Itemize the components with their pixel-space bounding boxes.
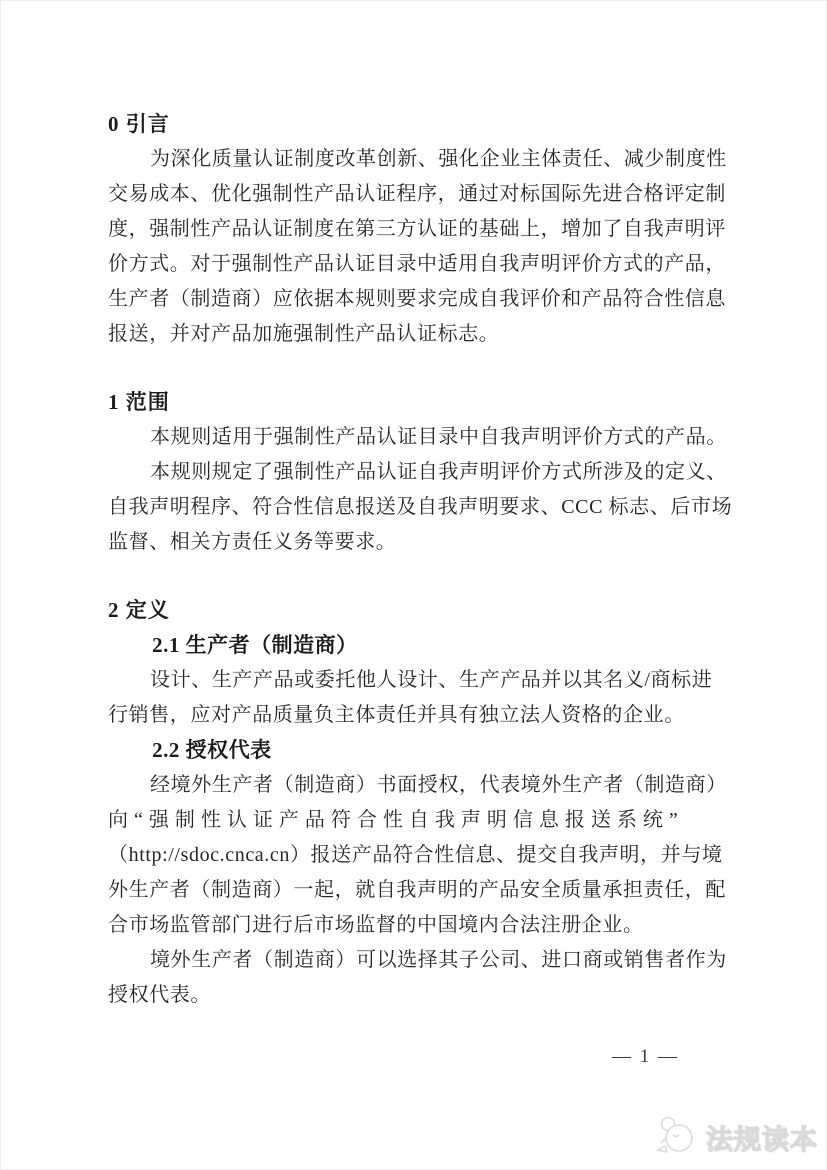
text-line: 授权代表。 [108,978,726,1013]
section-0-intro: 0 引言 为深化质量认证制度改革创新、强化企业主体责任、减少制度性 交易成本、优… [108,107,726,352]
text-line: 监督、相关方责任义务等要求。 [108,525,726,560]
page-number: — 1 — [612,1045,679,1069]
text-line: 生产者（制造商）应依据本规则要求完成自我评价和产品符合性信息 [108,282,726,317]
text-line: 本规则规定了强制性产品认证自我声明评价方式所涉及的定义、 [108,455,726,490]
section-heading: 2 定义 [108,593,726,628]
section-heading: 1 范围 [108,385,726,420]
section-heading: 0 引言 [108,107,726,142]
fagui-duben-logo-icon [655,1113,699,1161]
text-line: 自我声明程序、符合性信息报送及自我声明要求、CCC 标志、后市场 [108,490,726,525]
text-line: 设计、生产产品或委托他人设计、生产产品并以其名义/商标进 [108,663,726,698]
text-line: 境外生产者（制造商）可以选择其子公司、进口商或销售者作为 [108,943,726,978]
text-line: 报送，并对产品加施强制性产品认证标志。 [108,317,726,352]
text-line: 经境外生产者（制造商）书面授权，代表境外生产者（制造商） [108,768,726,803]
text-line: 价方式。对于强制性产品认证目录中适用自我声明评价方式的产品， [108,247,726,282]
watermark-label: 法规读本 [706,1118,818,1157]
subsection-heading: 2.2 授权代表 [108,733,726,768]
subsection-2-2-authorized-representative: 2.2 授权代表 经境外生产者（制造商）书面授权，代表境外生产者（制造商） 向“… [108,733,726,1013]
text-line: 本规则适用于强制性产品认证目录中自我声明评价方式的产品。 [108,420,726,455]
text-line: 外生产者（制造商）一起，就自我声明的产品安全质量承担责任，配 [108,873,726,908]
text-line: 行销售，应对产品质量负主体责任并具有独立法人资格的企业。 [108,698,726,733]
text-line: 交易成本、优化强制性产品认证程序，通过对标国际先进合格评定制 [108,177,726,212]
text-line: 度，强制性产品认证制度在第三方认证的基础上，增加了自我声明评 [108,212,726,247]
subsection-2-1-producer: 2.1 生产者（制造商） 设计、生产产品或委托他人设计、生产产品并以其名义/商标… [108,628,726,733]
subsection-heading: 2.1 生产者（制造商） [108,628,726,663]
section-2-definitions: 2 定义 2.1 生产者（制造商） 设计、生产产品或委托他人设计、生产产品并以其… [108,593,726,1013]
text-line: 为深化质量认证制度改革创新、强化企业主体责任、减少制度性 [108,142,726,177]
text-line: 向“强制性认证产品符合性自我声明信息报送系统” [108,803,726,838]
section-1-scope: 1 范围 本规则适用于强制性产品认证目录中自我声明评价方式的产品。 本规则规定了… [108,385,726,560]
text-line: 合市场监管部门进行后市场监督的中国境内合法注册企业。 [108,908,726,943]
watermark: 法规读本 [655,1113,818,1161]
document-content: 0 引言 为深化质量认证制度改革创新、强化企业主体责任、减少制度性 交易成本、优… [1,1,826,1013]
text-line: （http://sdoc.cnca.cn）报送产品符合性信息、提交自我声明，并与… [108,838,726,873]
document-page: 0 引言 为深化质量认证制度改革创新、强化企业主体责任、减少制度性 交易成本、优… [0,0,827,1170]
